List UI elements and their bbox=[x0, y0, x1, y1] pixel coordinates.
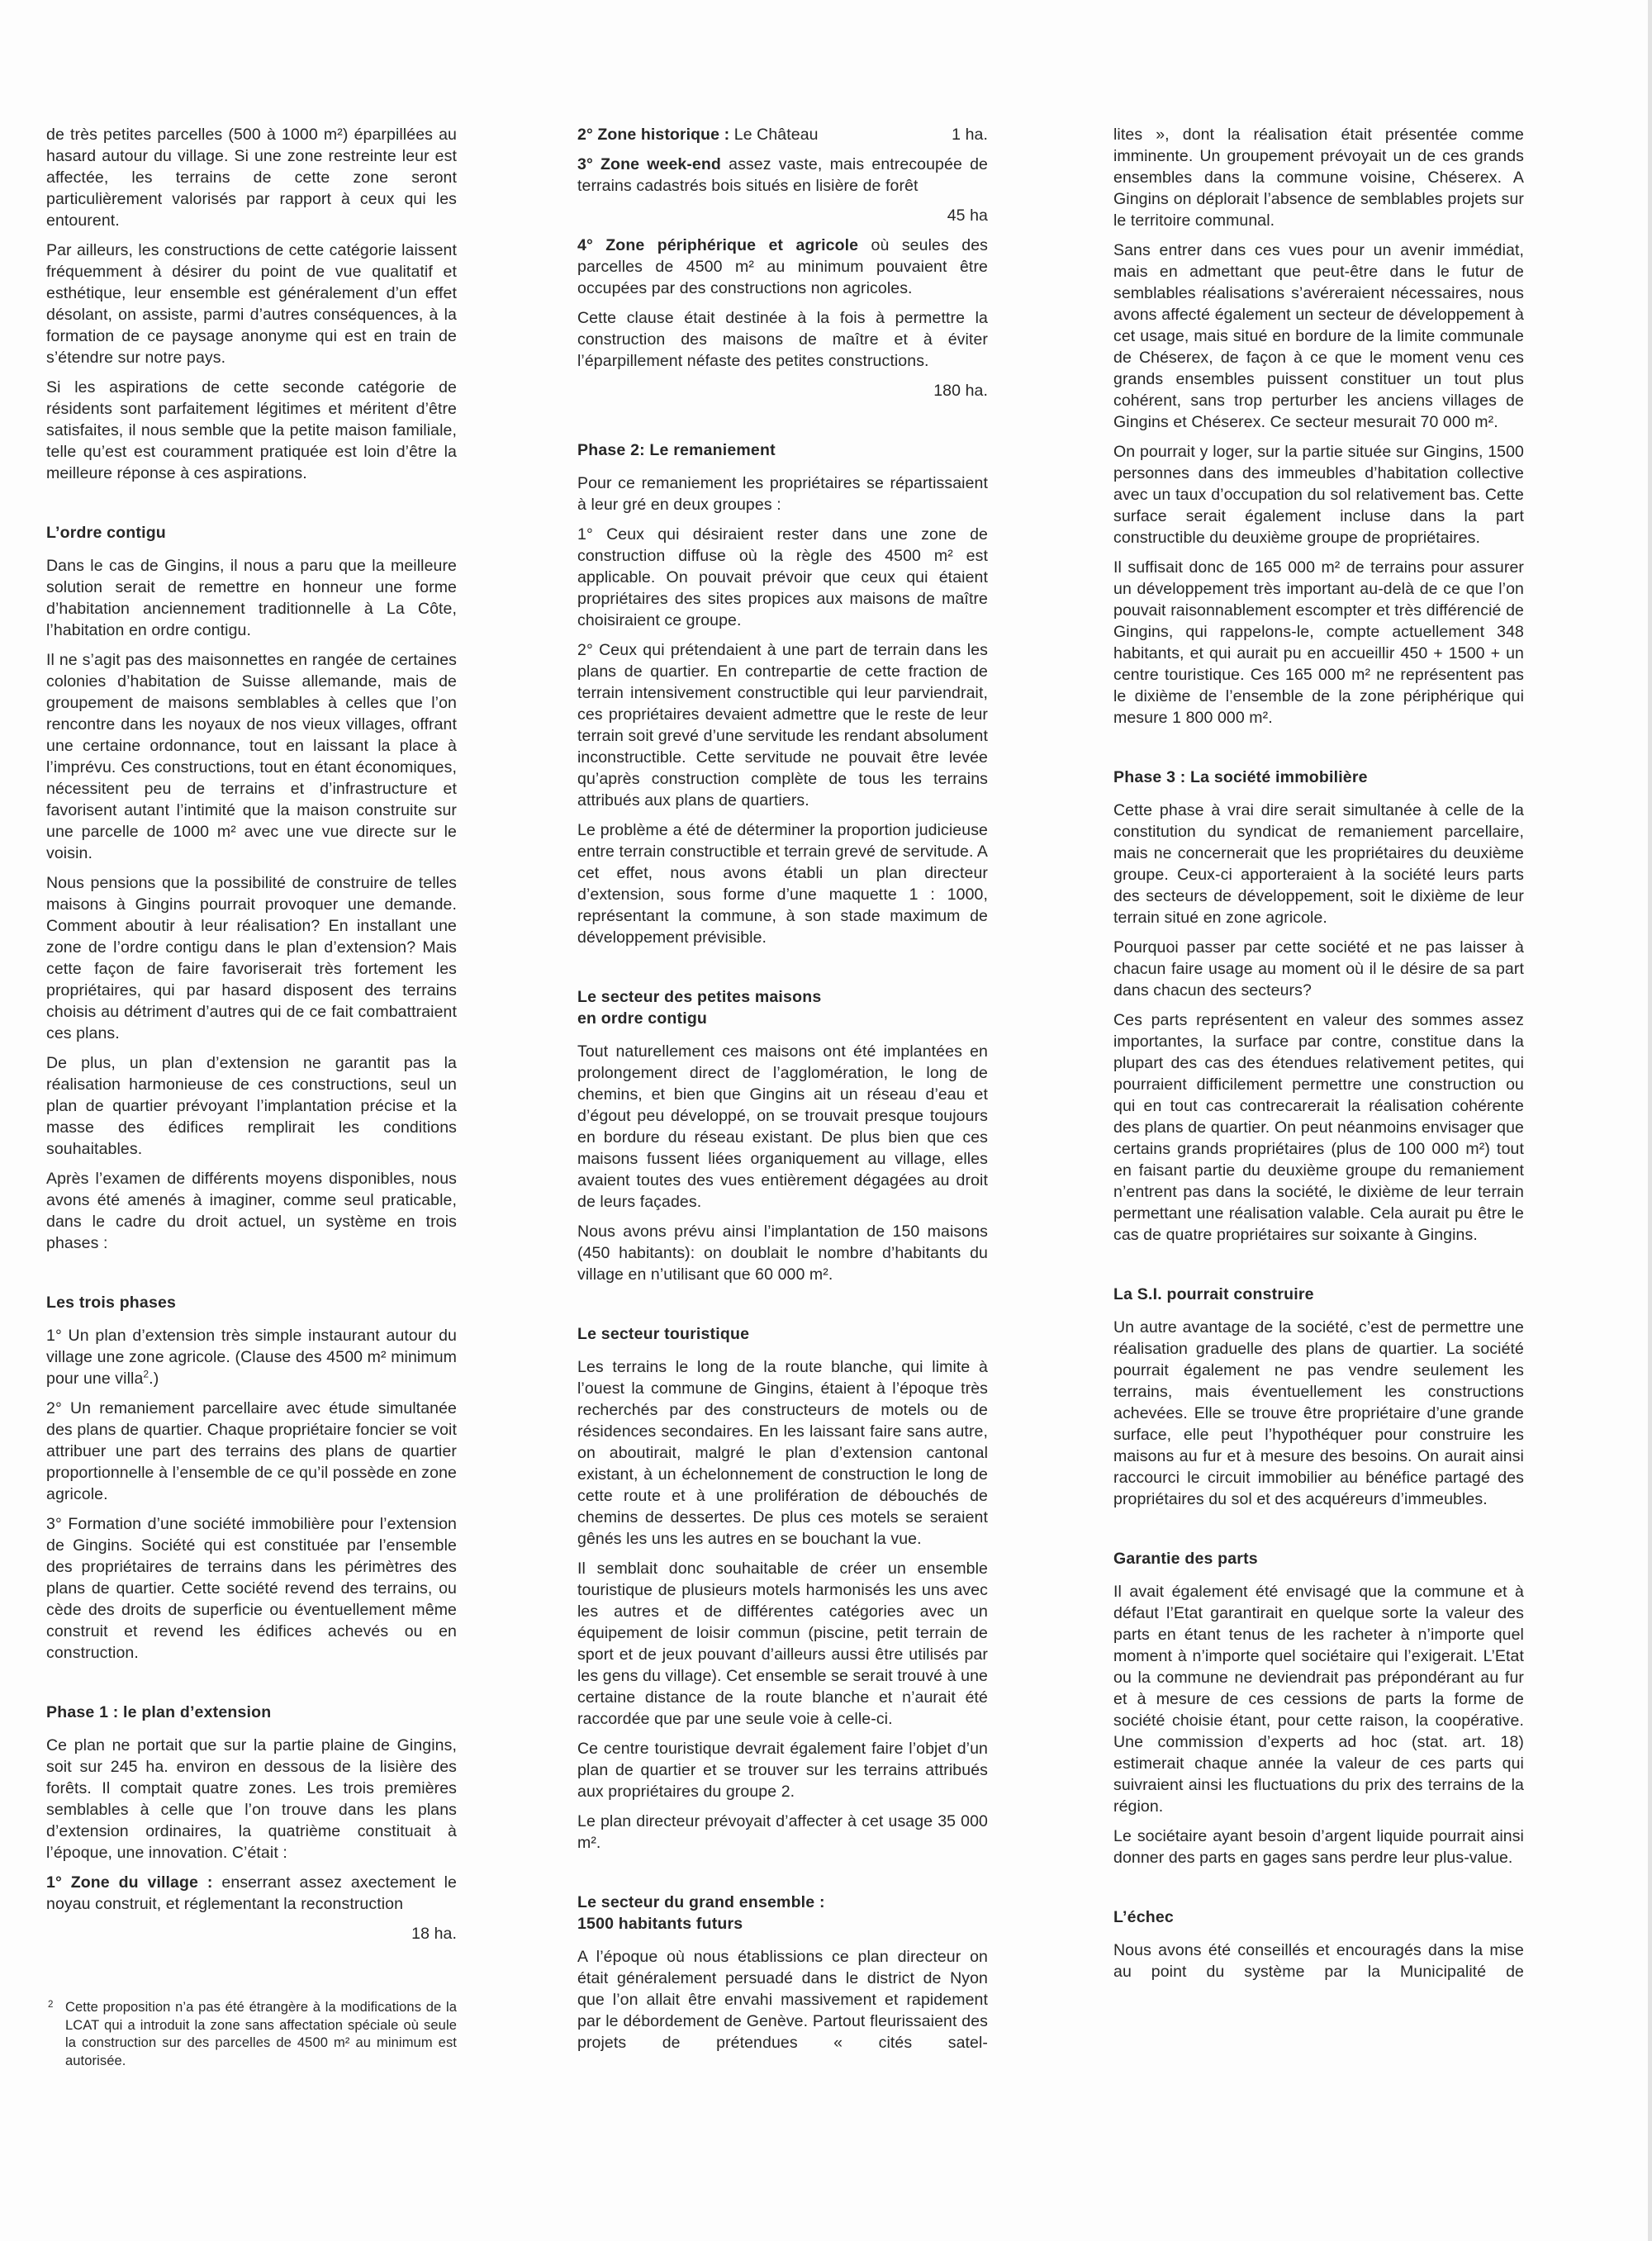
document-page: de très petites parcelles (500 à 1000 m²… bbox=[0, 0, 1652, 2241]
paragraph: Les terrains le long de la route blanche… bbox=[577, 1356, 988, 1550]
paragraph: Pour ce remaniement les propriétaires se… bbox=[577, 472, 988, 515]
paragraph: Un autre avantage de la société, c’est d… bbox=[1113, 1317, 1524, 1510]
paragraph: 2° Ceux qui prétendaient à une part de t… bbox=[577, 639, 988, 811]
footnote-marker: 2 bbox=[48, 1996, 54, 2015]
section-heading-line: 1500 habitants futurs bbox=[577, 1913, 988, 1935]
zone-description: Le Château bbox=[729, 126, 818, 144]
paragraph: Si les aspirations de cette seconde caté… bbox=[46, 377, 457, 484]
paragraph: Après l’examen de différents moyens disp… bbox=[46, 1168, 457, 1254]
paragraph: 2° Un remaniement parcellaire avec étude… bbox=[46, 1398, 457, 1505]
paragraph: A l’époque où nous établissions ce plan … bbox=[577, 1946, 988, 2053]
paragraph: Le plan directeur prévoyait d’affecter à… bbox=[577, 1811, 988, 1854]
section-heading: Garantie des parts bbox=[1113, 1548, 1524, 1569]
paragraph: de très petites parcelles (500 à 1000 m²… bbox=[46, 124, 457, 231]
paragraph: Il avait également été envisagé que la c… bbox=[1113, 1581, 1524, 1817]
zone-label: 4° Zone périphérique et agricole bbox=[577, 236, 858, 254]
section-heading-line: Le secteur des petites maisons bbox=[577, 986, 988, 1008]
zone-label: 3° Zone week-end bbox=[577, 155, 721, 173]
section-heading: Le secteur des petites maisons en ordre … bbox=[577, 986, 988, 1029]
paragraph: Dans le cas de Gingins, il nous a paru q… bbox=[46, 555, 457, 641]
section-heading: Phase 3 : La société immobilière bbox=[1113, 767, 1524, 788]
section-heading: L’échec bbox=[1113, 1906, 1524, 1928]
paragraph: Cette clause était destinée à la fois à … bbox=[577, 307, 988, 372]
paragraph: 1° Ceux qui désiraient rester dans une z… bbox=[577, 524, 988, 631]
list-item-text: .) bbox=[149, 1370, 159, 1388]
paragraph: Ce centre touristique devrait également … bbox=[577, 1738, 988, 1802]
paragraph: Il ne s’agit pas des maisonnettes en ran… bbox=[46, 649, 457, 864]
paragraph: Pourquoi passer par cette société et ne … bbox=[1113, 937, 1524, 1001]
section-heading: Phase 2: Le remaniement bbox=[577, 439, 988, 461]
section-heading: L’ordre contigu bbox=[46, 522, 457, 544]
paragraph: Par ailleurs, les constructions de cette… bbox=[46, 240, 457, 368]
text-column-3: lites », dont la réalisation était prése… bbox=[1113, 124, 1524, 1991]
section-heading-line: Le secteur du grand ensemble : bbox=[577, 1892, 988, 1913]
paragraph: 1° Zone du village : enserrant assez axe… bbox=[46, 1872, 457, 1915]
paragraph: Le sociétaire ayant besoin d’argent liqu… bbox=[1113, 1826, 1524, 1868]
section-heading: Les trois phases bbox=[46, 1292, 457, 1313]
paragraph: De plus, un plan d’extension ne garantit… bbox=[46, 1052, 457, 1160]
paragraph: Il suffisait donc de 165 000 m² de terra… bbox=[1113, 557, 1524, 729]
paragraph: Nous avons prévu ainsi l’implantation de… bbox=[577, 1221, 988, 1285]
paragraph: Le problème a été de déterminer la propo… bbox=[577, 819, 988, 948]
section-heading-line: en ordre contigu bbox=[577, 1008, 988, 1029]
text-column-2: 2° Zone historique : Le Château 1 ha. 3°… bbox=[577, 124, 988, 2062]
paragraph: Ces parts représentent en valeur des som… bbox=[1113, 1009, 1524, 1246]
list-item-text: 1° Un plan d’extension très simple insta… bbox=[46, 1327, 457, 1388]
zone-label: 1° Zone du village : bbox=[46, 1873, 212, 1892]
area-value: 1 ha. bbox=[952, 124, 988, 145]
paragraph: Nous avons été conseillés et encouragés … bbox=[1113, 1940, 1524, 1982]
page-scan-edge bbox=[1648, 0, 1652, 2241]
paragraph: 3° Zone week-end assez vaste, mais entre… bbox=[577, 154, 988, 197]
area-value: 45 ha bbox=[577, 205, 988, 226]
paragraph: Tout naturellement ces maisons ont été i… bbox=[577, 1041, 988, 1213]
paragraph: Cette phase à vrai dire serait simultané… bbox=[1113, 800, 1524, 928]
zone-line: 2° Zone historique : Le Château 1 ha. bbox=[577, 124, 988, 145]
paragraph: On pourrait y loger, sur la partie situé… bbox=[1113, 441, 1524, 548]
paragraph: 3° Formation d’une société immobilière p… bbox=[46, 1513, 457, 1664]
zone-label: 2° Zone historique : bbox=[577, 126, 729, 144]
section-heading: Phase 1 : le plan d’extension bbox=[46, 1702, 457, 1723]
section-heading: Le secteur touristique bbox=[577, 1323, 988, 1345]
paragraph: Nous pensions que la possibilité de cons… bbox=[46, 872, 457, 1044]
section-heading: Le secteur du grand ensemble : 1500 habi… bbox=[577, 1892, 988, 1935]
paragraph: lites », dont la réalisation était prése… bbox=[1113, 124, 1524, 231]
footnote: 2 Cette proposition n’a pas été étrangèr… bbox=[46, 1999, 457, 2070]
paragraph: 4° Zone périphérique et agricole où seul… bbox=[577, 235, 988, 299]
section-heading: La S.I. pourrait construire bbox=[1113, 1284, 1524, 1305]
area-value: 180 ha. bbox=[577, 380, 988, 401]
paragraph: 1° Un plan d’extension très simple insta… bbox=[46, 1325, 457, 1389]
paragraph: Sans entrer dans ces vues pour un avenir… bbox=[1113, 240, 1524, 433]
footnote-text: Cette proposition n’a pas été étrangère … bbox=[65, 2000, 457, 2068]
text-column-1: de très petites parcelles (500 à 1000 m²… bbox=[46, 124, 457, 2070]
paragraph: Il semblait donc souhaitable de créer un… bbox=[577, 1558, 988, 1730]
paragraph: Ce plan ne portait que sur la partie pla… bbox=[46, 1735, 457, 1864]
area-value: 18 ha. bbox=[46, 1923, 457, 1944]
zone-title: 2° Zone historique : Le Château bbox=[577, 124, 819, 145]
